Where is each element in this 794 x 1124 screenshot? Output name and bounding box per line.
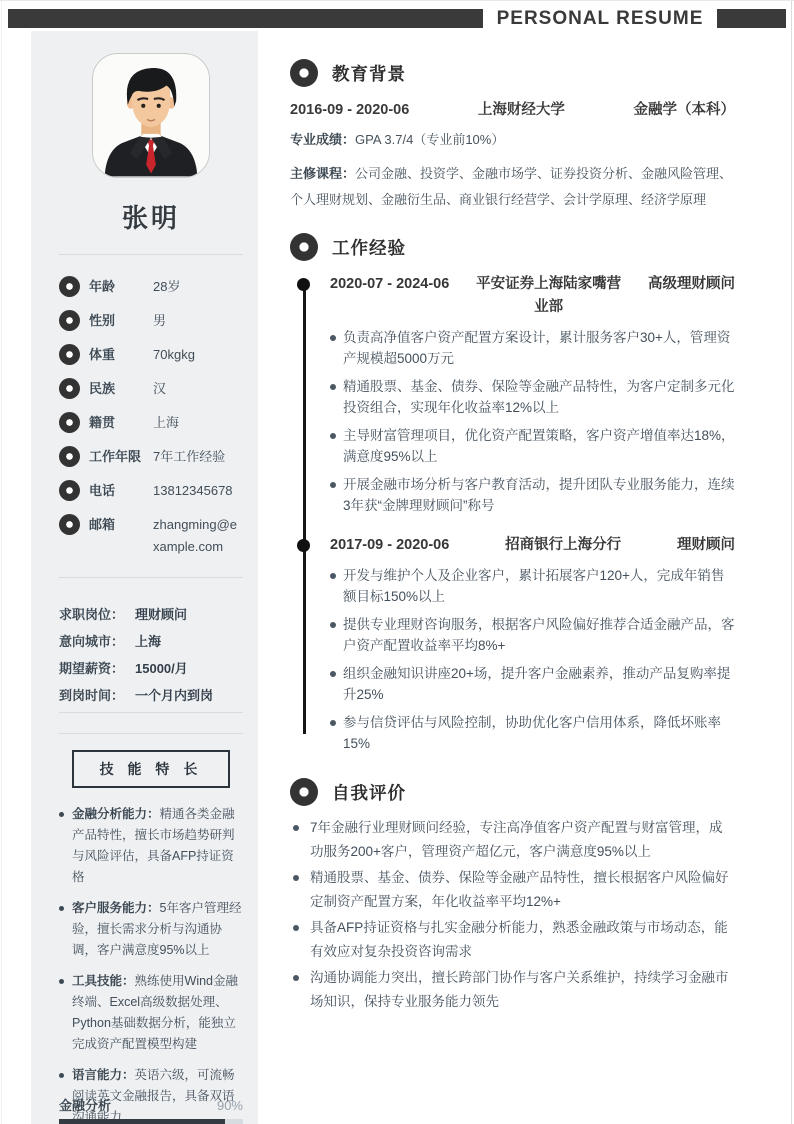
education-courses-line: 主修课程：公司金融、投资学、金融市场学、证券投资分析、金融风险管理、个人理财规划…: [290, 161, 735, 213]
donut-icon: [59, 344, 80, 365]
job-bullet-text: 主导财富管理项目，优化资产配置策略，客户资产增值率达18%，满意度95%以上: [343, 428, 735, 464]
self-evaluation-bullet: 精通股票、基金、债券、保险等金融产品特性，擅长根据客户风险偏好定制资产配置方案，…: [290, 866, 735, 914]
divider: [59, 254, 243, 255]
section-self-evaluation-header: 自我评价: [290, 778, 735, 806]
skill-lead: 语言能力：: [72, 1068, 135, 1082]
info-value: zhangming@example.com: [153, 514, 243, 558]
courses-label: 主修课程：: [290, 166, 355, 181]
bullet-dot-icon: [330, 384, 336, 390]
bullet-dot-icon: [293, 825, 299, 831]
job-bullet: 开展金融市场分析与客户教育活动，提升团队专业服务能力，连续3年获“金牌理财顾问”…: [330, 474, 735, 516]
section-title: 自我评价: [332, 780, 406, 805]
info-value: 13812345678: [153, 480, 243, 502]
skill-meter-fill: [59, 1119, 225, 1124]
job-bullet: 主导财富管理项目，优化资产配置策略，客户资产增值率达18%，满意度95%以上: [330, 425, 735, 467]
self-evaluation-bullet: 7年金融行业理财顾问经验，专注高净值客户资产配置与财富管理，成功服务200+客户…: [290, 816, 735, 864]
intent-value: 15000/月: [135, 660, 188, 678]
job-bullet-text: 负责高净值客户资产配置方案设计，累计服务客户30+人，管理资产规模超5000万元: [343, 330, 730, 366]
info-label: 邮箱: [89, 514, 153, 536]
job-bullet-text: 提供专业理财咨询服务，根据客户风险偏好推荐合适金融产品，客户资产配置收益率平均8…: [343, 617, 735, 653]
info-row-gender: 性别 男: [59, 310, 243, 332]
self-evaluation-bullets: 7年金融行业理财顾问经验，专注高净值客户资产配置与财富管理，成功服务200+客户…: [290, 816, 735, 1014]
donut-icon: [59, 514, 80, 535]
job-header: 2017-09 - 2020-06 招商银行上海分行 理财顾问: [330, 534, 735, 557]
info-value: 汉: [153, 378, 243, 400]
education-period: 2016-09 - 2020-06: [290, 101, 409, 119]
intent-row-city: 意向城市： 上海: [59, 633, 243, 651]
page-left-edge: [1, 1, 2, 1124]
bullet-dot-icon: [293, 975, 299, 981]
bullet-dot-icon: [330, 335, 336, 341]
skill-item: 金融分析能力：精通各类金融产品特性，擅长市场趋势研判与风险评估，具备AFP持证资…: [59, 804, 243, 888]
skills-list: 金融分析能力：精通各类金融产品特性，擅长市场趋势研判与风险评估，具备AFP持证资…: [59, 804, 243, 1124]
intent-label: 到岗时间：: [59, 687, 135, 705]
education-gpa-line: 专业成绩：GPA 3.7/4（专业前10%）: [290, 127, 735, 153]
donut-icon: [290, 778, 318, 806]
donut-icon: [59, 310, 80, 331]
intent-label: 期望薪资：: [59, 660, 135, 678]
education-entry-header: 2016-09 - 2020-06 上海财经大学 金融学（本科）: [290, 101, 735, 119]
gpa-value: GPA 3.7/4（专业前10%）: [355, 132, 504, 147]
section-education-header: 教育背景: [290, 59, 735, 87]
job-period: 2020-07 - 2024-06: [330, 273, 449, 319]
job-period: 2017-09 - 2020-06: [330, 534, 449, 557]
job-bullet: 开发与维护个人及企业客户，累计拓展客户120+人，完成年销售额目标150%以上: [330, 565, 735, 607]
bullet-dot-icon: [293, 925, 299, 931]
info-row-weight: 体重 70kgkg: [59, 344, 243, 366]
skill-meter-percent: 90%: [217, 1097, 243, 1115]
resume-page: PERSONAL RESUME 张明: [0, 0, 794, 1124]
intent-label: 求职岗位：: [59, 606, 135, 624]
skill-meter-row: 金融分析 90%: [59, 1097, 243, 1115]
intent-value: 上海: [135, 633, 161, 651]
skill-item: 客户服务能力：5年客户管理经验，擅长需求分析与沟通协调，客户满意度95%以上: [59, 898, 243, 961]
section-title: 工作经验: [332, 235, 406, 260]
skill-lead: 客户服务能力：: [72, 901, 160, 915]
job-bullet: 提供专业理财咨询服务，根据客户风险偏好推荐合适金融产品，客户资产配置收益率平均8…: [330, 614, 735, 656]
info-label: 工作年限: [89, 446, 153, 468]
skill-item: 工具技能：熟练使用Wind金融终端、Excel高级数据处理、Python基础数据…: [59, 971, 243, 1055]
donut-icon: [59, 480, 80, 501]
bullet-dot-icon: [59, 1073, 64, 1078]
job-company: 招商银行上海分行: [505, 534, 621, 557]
info-value: 男: [153, 310, 243, 332]
skill-meter: 金融分析 90%: [59, 1097, 243, 1124]
bullet-dot-icon: [59, 906, 64, 911]
section-experience-header: 工作经验: [290, 233, 735, 261]
job-intent-list: 求职岗位： 理财顾问 意向城市： 上海 期望薪资： 15000/月 到岗时间： …: [59, 606, 243, 705]
candidate-name: 张明: [59, 198, 243, 235]
bullet-dot-icon: [330, 720, 336, 726]
job-company: 平安证券上海陆家嘴营业部: [473, 273, 625, 319]
job-bullet-text: 参与信贷评估与风险控制，协助优化客户信用体系，降低坏账率15%: [343, 715, 721, 751]
skill-meter-track: [59, 1119, 243, 1124]
sidebar: 张明 年龄 28岁 性别 男 体重 70kgkg 民族 汉: [31, 31, 258, 1124]
intent-row-salary: 期望薪资： 15000/月: [59, 660, 243, 678]
donut-icon: [59, 412, 80, 433]
donut-icon: [290, 233, 318, 261]
job-bullet: 负责高净值客户资产配置方案设计，累计服务客户30+人，管理资产规模超5000万元: [330, 327, 735, 369]
job-bullet: 组织金融知识讲座20+场，提升客户金融素养，推动产品复购率提升25%: [330, 663, 735, 705]
personal-info-list: 年龄 28岁 性别 男 体重 70kgkg 民族 汉 籍贯 上海: [59, 276, 243, 558]
timeline-dot-icon: [297, 539, 310, 552]
self-evaluation-text: 7年金融行业理财顾问经验，专注高净值客户资产配置与财富管理，成功服务200+客户…: [310, 820, 723, 859]
donut-icon: [290, 59, 318, 87]
job-position: 高级理财顾问: [648, 273, 735, 319]
donut-icon: [59, 446, 80, 467]
job-bullet: 精通股票、基金、债券、保险等金融产品特性，为客户定制多元化投资组合，实现年化收益…: [330, 376, 735, 418]
info-row-age: 年龄 28岁: [59, 276, 243, 298]
bullet-dot-icon: [330, 482, 336, 488]
divider: [59, 733, 243, 734]
skill-lead: 工具技能：: [72, 974, 135, 988]
info-label: 籍贯: [89, 412, 153, 434]
experience-timeline: 2020-07 - 2024-06 平安证券上海陆家嘴营业部 高级理财顾问 负责…: [290, 273, 735, 754]
info-value: 7年工作经验: [153, 446, 243, 468]
job-bullet-text: 精通股票、基金、债券、保险等金融产品特性，为客户定制多元化投资组合，实现年化收益…: [343, 379, 735, 415]
info-value: 70kgkg: [153, 344, 243, 366]
info-row-phone: 电话 13812345678: [59, 480, 243, 502]
divider: [59, 577, 243, 578]
donut-icon: [59, 276, 80, 297]
skills-section-title: 技 能 特 长: [72, 750, 230, 788]
bullet-dot-icon: [330, 671, 336, 677]
info-label: 性别: [89, 310, 153, 332]
education-degree: 金融学（本科）: [634, 101, 736, 119]
info-row-experience-years: 工作年限 7年工作经验: [59, 446, 243, 468]
skill-meter-label: 金融分析: [59, 1097, 111, 1115]
bullet-dot-icon: [59, 979, 64, 984]
main-content: 教育背景 2016-09 - 2020-06 上海财经大学 金融学（本科） 专业…: [290, 31, 735, 1016]
job-bullet: 参与信贷评估与风险控制，协助优化客户信用体系，降低坏账率15%: [330, 712, 735, 754]
divider: [59, 712, 243, 713]
job-bullets: 开发与维护个人及企业客户，累计拓展客户120+人，完成年销售额目标150%以上 …: [330, 565, 735, 754]
intent-value: 理财顾问: [135, 606, 187, 624]
page-title: PERSONAL RESUME: [483, 1, 717, 36]
bullet-dot-icon: [330, 622, 336, 628]
job-header: 2020-07 - 2024-06 平安证券上海陆家嘴营业部 高级理财顾问: [330, 273, 735, 319]
self-evaluation-text: 沟通协调能力突出，擅长跨部门协作与客户关系维护，持续学习金融市场知识，保持专业服…: [310, 970, 729, 1009]
donut-icon: [59, 378, 80, 399]
timeline-dot-icon: [297, 278, 310, 291]
info-label: 年龄: [89, 276, 153, 298]
job-bullet-text: 开发与维护个人及企业客户，累计拓展客户120+人，完成年销售额目标150%以上: [343, 568, 724, 604]
info-row-email: 邮箱 zhangming@example.com: [59, 514, 243, 558]
bullet-dot-icon: [59, 812, 64, 817]
intent-label: 意向城市：: [59, 633, 135, 651]
info-value: 上海: [153, 412, 243, 434]
info-label: 民族: [89, 378, 153, 400]
education-school: 上海财经大学: [409, 101, 633, 119]
person-avatar-icon: [93, 54, 209, 177]
page-right-edge: [791, 1, 792, 1124]
intent-row-position: 求职岗位： 理财顾问: [59, 606, 243, 624]
job-position: 理财顾问: [677, 534, 735, 557]
info-row-ethnicity: 民族 汉: [59, 378, 243, 400]
self-evaluation-bullet: 沟通协调能力突出，擅长跨部门协作与客户关系维护，持续学习金融市场知识，保持专业服…: [290, 966, 735, 1014]
job-bullet-text: 开展金融市场分析与客户教育活动，提升团队专业服务能力，连续3年获“金牌理财顾问”…: [343, 477, 735, 513]
info-label: 电话: [89, 480, 153, 502]
courses-value: 公司金融、投资学、金融市场学、证券投资分析、金融风险管理、个人理财规划、金融衍生…: [290, 166, 732, 207]
info-value: 28岁: [153, 276, 243, 298]
bullet-dot-icon: [330, 573, 336, 579]
job-bullet-text: 组织金融知识讲座20+场，提升客户金融素养，推动产品复购率提升25%: [343, 666, 730, 702]
intent-value: 一个月内到岗: [135, 687, 213, 705]
job-entry: 2017-09 - 2020-06 招商银行上海分行 理财顾问 开发与维护个人及…: [330, 534, 735, 754]
bullet-dot-icon: [293, 875, 299, 881]
skill-lead: 金融分析能力：: [72, 807, 160, 821]
self-evaluation-text: 具备AFP持证资格与扎实金融分析能力，熟悉金融政策与市场动态，能有效应对复杂投资…: [310, 920, 728, 959]
bullet-dot-icon: [330, 433, 336, 439]
gpa-label: 专业成绩：: [290, 132, 355, 147]
self-evaluation-text: 精通股票、基金、债券、保险等金融产品特性，擅长根据客户风险偏好定制资产配置方案，…: [310, 870, 729, 909]
section-title: 教育背景: [332, 61, 406, 86]
intent-row-availability: 到岗时间： 一个月内到岗: [59, 687, 243, 705]
profile-photo: [92, 53, 210, 178]
job-entry: 2020-07 - 2024-06 平安证券上海陆家嘴营业部 高级理财顾问 负责…: [330, 273, 735, 516]
info-row-hometown: 籍贯 上海: [59, 412, 243, 434]
info-label: 体重: [89, 344, 153, 366]
self-evaluation-bullet: 具备AFP持证资格与扎实金融分析能力，熟悉金融政策与市场动态，能有效应对复杂投资…: [290, 916, 735, 964]
job-bullets: 负责高净值客户资产配置方案设计，累计服务客户30+人，管理资产规模超5000万元…: [330, 327, 735, 516]
